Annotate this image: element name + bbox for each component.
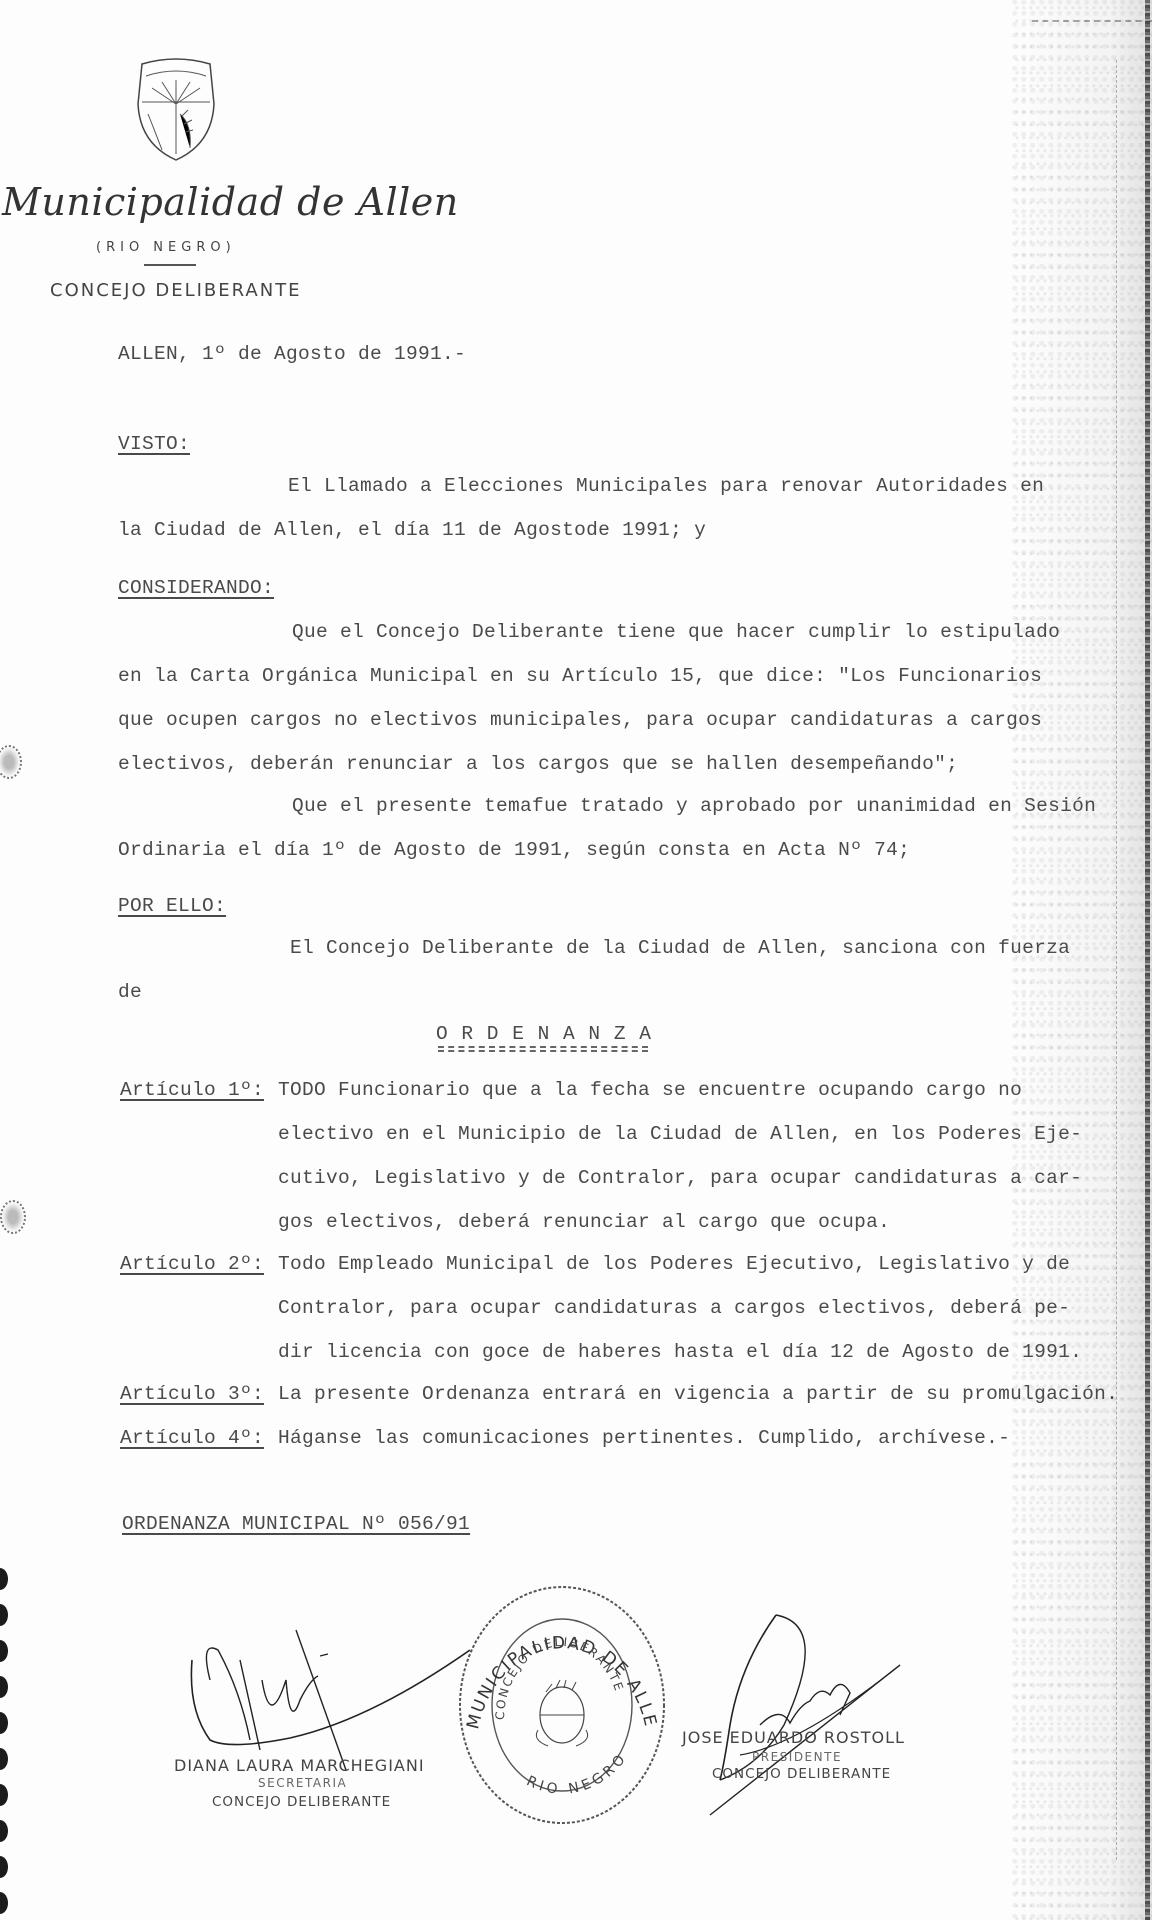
municipal-crest-icon — [132, 54, 220, 164]
svg-text:RIO NEGRO: RIO NEGRO — [524, 1749, 631, 1798]
ordinance-number: ORDENANZA MUNICIPAL Nº 056/91 — [122, 1512, 470, 1536]
signatory-role: PRESIDENTE — [752, 1750, 842, 1764]
por-ello-line: El Concejo Deliberante de la Ciudad de A… — [290, 936, 1070, 960]
por-ello-heading: POR ELLO: — [118, 894, 226, 918]
signatory-org: CONCEJO DELIBERANTE — [712, 1766, 891, 1782]
stamp-bottom-text: RIO NEGRO — [524, 1749, 631, 1798]
article-line: gos electivos, deberá renunciar al cargo… — [278, 1210, 890, 1234]
por-ello-line: de — [118, 980, 142, 1004]
article-line: electivo en el Municipio de la Ciudad de… — [278, 1122, 1082, 1146]
punch-hole-icon — [0, 1676, 8, 1698]
punch-hole-icon — [0, 1568, 8, 1590]
visto-line: El Llamado a Elecciones Municipales para… — [288, 474, 1044, 498]
scan-noise — [1012, 0, 1152, 1920]
article-line: TODO Funcionario que a la fecha se encue… — [278, 1078, 1022, 1102]
signature-scribble-icon — [170, 1620, 470, 1760]
article-label: Artículo 3º: — [120, 1382, 264, 1406]
title-double-underline — [438, 1046, 648, 1052]
article-line: La presente Ordenanza entrará en vigenci… — [278, 1382, 1118, 1406]
article-label: Artículo 2º: — [120, 1252, 264, 1276]
letterhead-title: Municipalidad de Allen — [2, 180, 459, 224]
document-page: Municipalidad de Allen (RIO NEGRO) CONCE… — [0, 0, 1152, 1920]
punch-hole-icon — [0, 1712, 8, 1734]
scan-artifact-line — [1116, 60, 1118, 1860]
scan-artifact-line — [1032, 20, 1152, 22]
punch-holes — [0, 1568, 8, 1920]
considerando-line: Ordinaria el día 1º de Agosto de 1991, s… — [118, 838, 910, 862]
ordenanza-title: O R D E N A N Z A — [436, 1022, 652, 1046]
letterhead-province: (RIO NEGRO) — [96, 240, 236, 255]
considerando-line: Que el presente temafue tratado y aproba… — [292, 794, 1096, 818]
binder-hole-icon — [0, 1200, 26, 1234]
signatory-name: DIANA LAURA MARCHEGIANI — [174, 1756, 425, 1775]
svg-text:MUNICIPALIDAD DE ALLEN: MUNICIPALIDAD DE ALLEN — [452, 1580, 660, 1731]
signature-scribble-icon — [700, 1605, 920, 1835]
considerando-heading: CONSIDERANDO: — [118, 576, 274, 600]
visto-line: la Ciudad de Allen, el día 11 de Agostod… — [118, 518, 706, 542]
article-line: dir licencia con goce de haberes hasta e… — [278, 1340, 1082, 1364]
date-line: ALLEN, 1º de Agosto de 1991.- — [118, 342, 466, 366]
visto-heading: VISTO: — [118, 432, 190, 456]
punch-hole-icon — [0, 1640, 8, 1662]
punch-hole-icon — [0, 1748, 8, 1770]
considerando-line: que ocupen cargos no electivos municipal… — [118, 708, 1042, 732]
signatory-role: SECRETARIA — [258, 1776, 347, 1790]
article-line: Háganse las comunicaciones pertinentes. … — [278, 1426, 1010, 1450]
article-line: Contralor, para ocupar candidaturas a ca… — [278, 1296, 1070, 1320]
punch-hole-icon — [0, 1604, 8, 1626]
punch-hole-icon — [0, 1784, 8, 1806]
considerando-line: en la Carta Orgánica Municipal en su Art… — [118, 664, 1042, 688]
punch-hole-icon — [0, 1892, 8, 1914]
signatory-name: JOSE EDUARDO ROSTOLL — [682, 1728, 905, 1747]
letterhead-divider — [144, 264, 196, 266]
official-stamp-icon: MUNICIPALIDAD DE ALLEN CONCEJO DELIBERAN… — [452, 1580, 672, 1830]
binder-hole-icon — [0, 745, 22, 779]
article-line: cutivo, Legislativo y de Contralor, para… — [278, 1166, 1082, 1190]
letterhead-body: CONCEJO DELIBERANTE — [50, 280, 302, 301]
stamp-outer-text: MUNICIPALIDAD DE ALLEN — [452, 1580, 660, 1731]
article-label: Artículo 1º: — [120, 1078, 264, 1102]
article-line: Todo Empleado Municipal de los Poderes E… — [278, 1252, 1070, 1276]
article-label: Artículo 4º: — [120, 1426, 264, 1450]
considerando-line: electivos, deberán renunciar a los cargo… — [118, 752, 958, 776]
punch-hole-icon — [0, 1856, 8, 1878]
page-edge — [1145, 0, 1150, 1920]
punch-hole-icon — [0, 1820, 8, 1842]
signatory-org: CONCEJO DELIBERANTE — [212, 1794, 391, 1810]
considerando-line: Que el Concejo Deliberante tiene que hac… — [292, 620, 1060, 644]
